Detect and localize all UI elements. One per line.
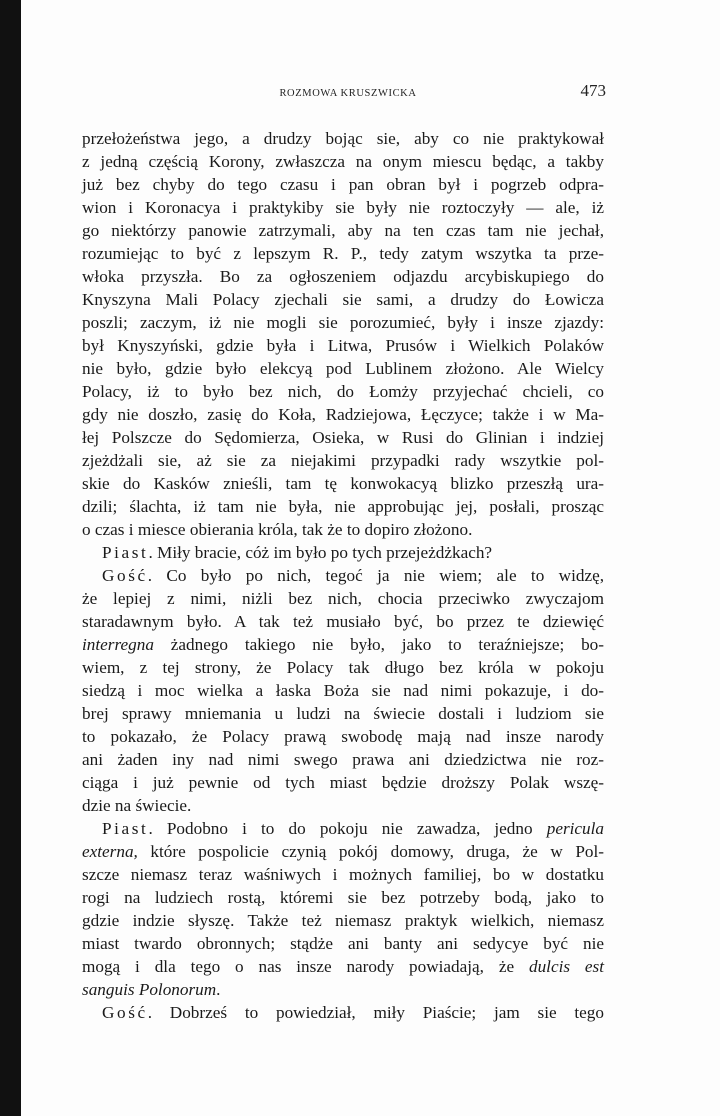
text-segment: wion i Koronacya i praktykiby sie były n… <box>82 198 604 217</box>
text-segment: Knyszyna Mali Polacy zjechali sie sami, … <box>82 290 604 309</box>
italic-phrase: pericula <box>547 819 604 838</box>
text-segment: które pospolicie czynią pokój domowy, dr… <box>138 842 604 861</box>
text-line: ciąga i już pewnie od tych miast będzie … <box>82 771 604 794</box>
text-line: nie było, gdzie było elekcyą pod Lubline… <box>82 357 604 380</box>
text-segment: poszli; zaczym, iż nie mogli sie porozum… <box>82 313 604 332</box>
text-line: wiem, z tej strony, że Polacy tak długo … <box>82 656 604 679</box>
text-line: Knyszyna Mali Polacy zjechali sie sami, … <box>82 288 604 311</box>
text-line: że lepiej z nimi, niżli bez nich, chocia… <box>82 587 604 610</box>
text-line: siedzą i moc wielka a łaska Boża sie nad… <box>82 679 604 702</box>
text-line: ani żaden iny nad nimi swego prawa ani d… <box>82 748 604 771</box>
text-line: Piast. Podobno i to do pokoju nie zawadz… <box>82 817 604 840</box>
text-segment: włoka przyszła. Bo za ogłoszeniem odjazd… <box>82 267 604 286</box>
text-line: rozumiejąc to być z lepszym R. P., tedy … <box>82 242 604 265</box>
text-segment: rogi na ludziech rostą, któremi sie bez … <box>82 888 604 907</box>
text-line: mogą i dla tego o nas insze narody powia… <box>82 955 604 978</box>
text-segment: żadnego takiego nie było, jako to teraźn… <box>154 635 604 654</box>
italic-phrase: externa, <box>82 842 138 861</box>
page-number: 473 <box>581 81 607 101</box>
text-segment: był Knyszyński, gdzie była i Litwa, Prus… <box>82 336 604 355</box>
text-line: z jedną częścią Korony, zwłaszcza na ony… <box>82 150 604 173</box>
text-segment: wiem, z tej strony, że Polacy tak długo … <box>82 658 604 677</box>
speaker-name: Piast <box>102 543 148 562</box>
text-line: dzie na świecie. <box>82 794 604 817</box>
text-line: przełożeństwa jego, a drudzy bojąc sie, … <box>82 127 604 150</box>
text-line: Gość. Co było po nich, tegoć ja nie wiem… <box>82 564 604 587</box>
text-line: externa, które pospolicie czynią pokój d… <box>82 840 604 863</box>
text-segment: go niektórzy panowie zatrzymali, aby na … <box>82 221 604 240</box>
text-line: Polacy, iż to było bez nich, do Łomży pr… <box>82 380 604 403</box>
text-segment: mogą i dla tego o nas insze narody powia… <box>82 957 529 976</box>
running-header: ROZMOWA KRUSZWICKA 473 <box>82 84 604 108</box>
text-line: staradawnym było. A tak też musiało być,… <box>82 610 604 633</box>
running-title: ROZMOWA KRUSZWICKA <box>82 88 604 99</box>
text-segment: przełożeństwa jego, a drudzy bojąc sie, … <box>82 129 604 148</box>
text-line: zjeżdżali sie, aż sie za niejakimi przyp… <box>82 449 604 472</box>
text-segment: miast twardo obronnych; stądże ani banty… <box>82 934 604 953</box>
text-segment: rozumiejąc to być z lepszym R. P., tedy … <box>82 244 604 263</box>
text-segment: staradawnym było. A tak też musiało być,… <box>82 612 604 631</box>
text-segment: siedzą i moc wielka a łaska Boża sie nad… <box>82 681 604 700</box>
speaker-name: Piast <box>102 819 148 838</box>
text-segment: już bez chyby do tego czasu i pan obran … <box>82 175 604 194</box>
text-segment: . Podobno i to do pokoju nie zawadza, je… <box>148 819 546 838</box>
text-segment: . <box>216 980 220 999</box>
text-line: Gość. Dobrześ to powiedział, miły Piaści… <box>82 1001 604 1024</box>
text-line: to pokazało, że Polacy prawą swobodę maj… <box>82 725 604 748</box>
text-line: interregna żadnego takiego nie było, jak… <box>82 633 604 656</box>
text-line: gdzie indzie słyszę. Także też niemasz p… <box>82 909 604 932</box>
text-segment: gdzie indzie słyszę. Także też niemasz p… <box>82 911 604 930</box>
text-segment: Polacy, iż to było bez nich, do Łomży pr… <box>82 382 604 401</box>
text-line: włoka przyszła. Bo za ogłoszeniem odjazd… <box>82 265 604 288</box>
text-line: szcze niemasz teraz waśniwych i możnych … <box>82 863 604 886</box>
italic-phrase: interregna <box>82 635 154 654</box>
text-line: sanguis Polonorum. <box>82 978 604 1001</box>
text-segment: szcze niemasz teraz waśniwych i możnych … <box>82 865 604 884</box>
text-segment: to pokazało, że Polacy prawą swobodę maj… <box>82 727 604 746</box>
text-line: już bez chyby do tego czasu i pan obran … <box>82 173 604 196</box>
text-line: gdy nie doszło, zasię do Koła, Radziejow… <box>82 403 604 426</box>
text-segment: dzili; ślachta, iż tam nie była, nie app… <box>82 497 604 516</box>
text-segment: nie było, gdzie było elekcyą pod Lubline… <box>82 359 604 378</box>
text-segment: z jedną częścią Korony, zwłaszcza na ony… <box>82 152 604 171</box>
text-line: był Knyszyński, gdzie była i Litwa, Prus… <box>82 334 604 357</box>
text-line: poszli; zaczym, iż nie mogli sie porozum… <box>82 311 604 334</box>
text-line: Piast. Miły bracie, cóż im było po tych … <box>82 541 604 564</box>
text-segment: dzie na świecie. <box>82 796 191 815</box>
text-segment: łej Polszcze do Sędomierza, Osieka, w Ru… <box>82 428 604 447</box>
italic-phrase: sanguis Polonorum <box>82 980 216 999</box>
speaker-name: Gość <box>102 1003 148 1022</box>
text-segment: . Dobrześ to powiedział, miły Piaście; j… <box>148 1003 604 1022</box>
text-segment: ani żaden iny nad nimi swego prawa ani d… <box>82 750 604 769</box>
text-line: dzili; ślachta, iż tam nie była, nie app… <box>82 495 604 518</box>
text-segment: . Co było po nich, tegoć ja nie wiem; al… <box>148 566 604 585</box>
scan-binding-edge <box>0 0 21 1116</box>
text-line: łej Polszcze do Sędomierza, Osieka, w Ru… <box>82 426 604 449</box>
text-line: o czas i miesce obierania króla, tak że … <box>82 518 604 541</box>
text-line: skie do Kasków znieśli, tam tę konwokacy… <box>82 472 604 495</box>
text-segment: brej sprawy mniemania u ludzi na świecie… <box>82 704 604 723</box>
text-line: brej sprawy mniemania u ludzi na świecie… <box>82 702 604 725</box>
italic-phrase: dulcis est <box>529 957 604 976</box>
body-text: przełożeństwa jego, a drudzy bojąc sie, … <box>82 127 604 1024</box>
text-line: wion i Koronacya i praktykiby sie były n… <box>82 196 604 219</box>
text-segment: gdy nie doszło, zasię do Koła, Radziejow… <box>82 405 604 424</box>
text-line: miast twardo obronnych; stądże ani banty… <box>82 932 604 955</box>
text-segment: zjeżdżali sie, aż sie za niejakimi przyp… <box>82 451 604 470</box>
text-segment: skie do Kasków znieśli, tam tę konwokacy… <box>82 474 604 493</box>
text-line: rogi na ludziech rostą, któremi sie bez … <box>82 886 604 909</box>
text-line: go niektórzy panowie zatrzymali, aby na … <box>82 219 604 242</box>
text-segment: o czas i miesce obierania króla, tak że … <box>82 520 472 539</box>
text-segment: że lepiej z nimi, niżli bez nich, chocia… <box>82 589 604 608</box>
speaker-name: Gość <box>102 566 148 585</box>
text-segment: . Miły bracie, cóż im było po tych przej… <box>148 543 492 562</box>
text-segment: ciąga i już pewnie od tych miast będzie … <box>82 773 604 792</box>
